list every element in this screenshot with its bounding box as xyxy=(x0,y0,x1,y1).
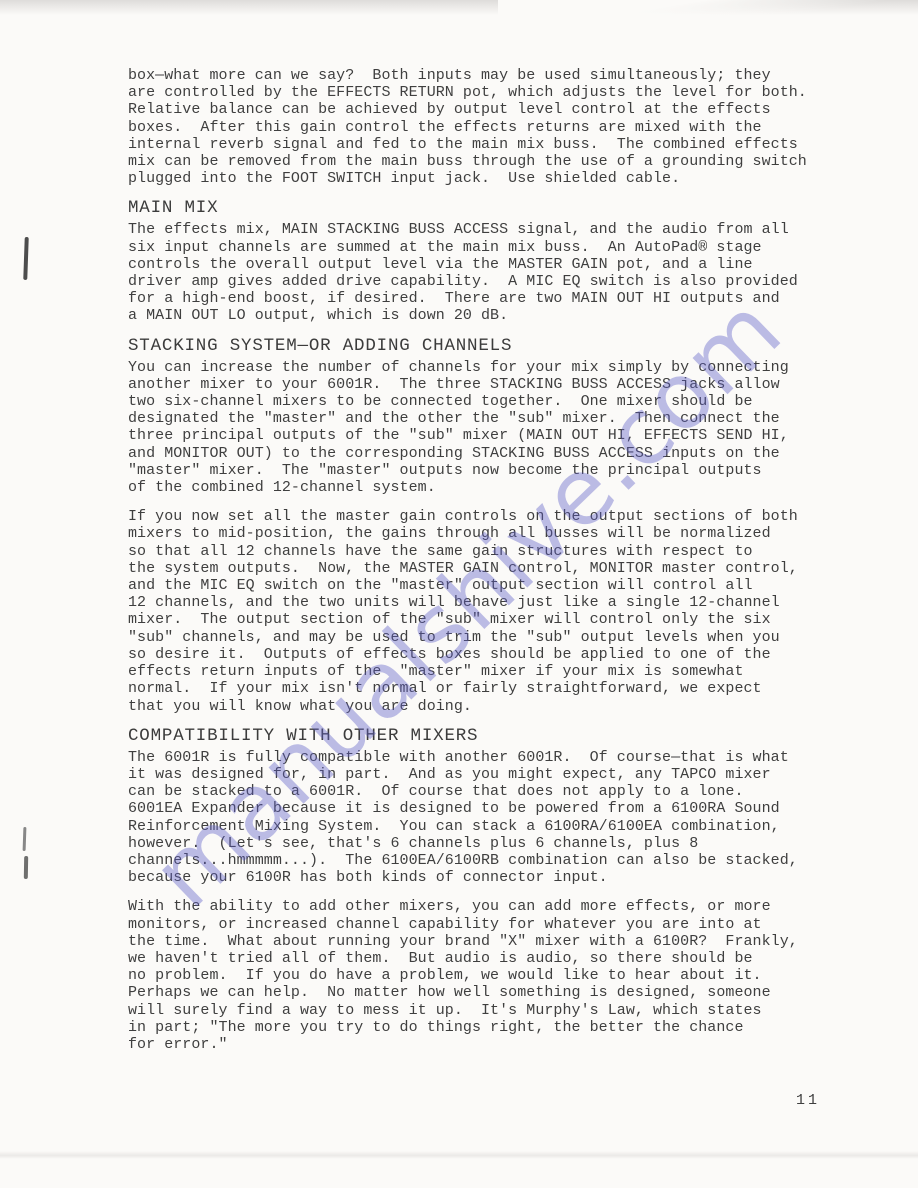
heading-main-mix: MAIN MIX xyxy=(128,199,834,218)
scan-edge-top-highlight xyxy=(498,0,918,16)
scan-edge-bottom xyxy=(0,1151,918,1159)
scan-artifact-mark-1 xyxy=(23,237,28,280)
heading-compatibility: COMPATIBILITY WITH OTHER MIXERS xyxy=(128,727,834,746)
paragraph-compatibility-1: The 6001R is fully compatible with anoth… xyxy=(128,749,834,887)
paragraph-effects-return: box—what more can we say? Both inputs ma… xyxy=(128,67,834,187)
paragraph-stacking-2: If you now set all the master gain contr… xyxy=(128,508,834,714)
paragraph-stacking-1: You can increase the number of channels … xyxy=(128,359,834,497)
heading-stacking-system: STACKING SYSTEM—OR ADDING CHANNELS xyxy=(128,337,834,356)
scan-artifact-mark-3 xyxy=(24,856,28,879)
page-content: box—what more can we say? Both inputs ma… xyxy=(128,67,834,1065)
scanned-manual-page: box—what more can we say? Both inputs ma… xyxy=(0,0,918,1188)
scan-artifact-mark-2 xyxy=(23,827,27,851)
page-number: 11 xyxy=(796,1092,820,1109)
paragraph-main-mix: The effects mix, MAIN STACKING BUSS ACCE… xyxy=(128,221,834,324)
paragraph-compatibility-2: With the ability to add other mixers, yo… xyxy=(128,898,834,1053)
